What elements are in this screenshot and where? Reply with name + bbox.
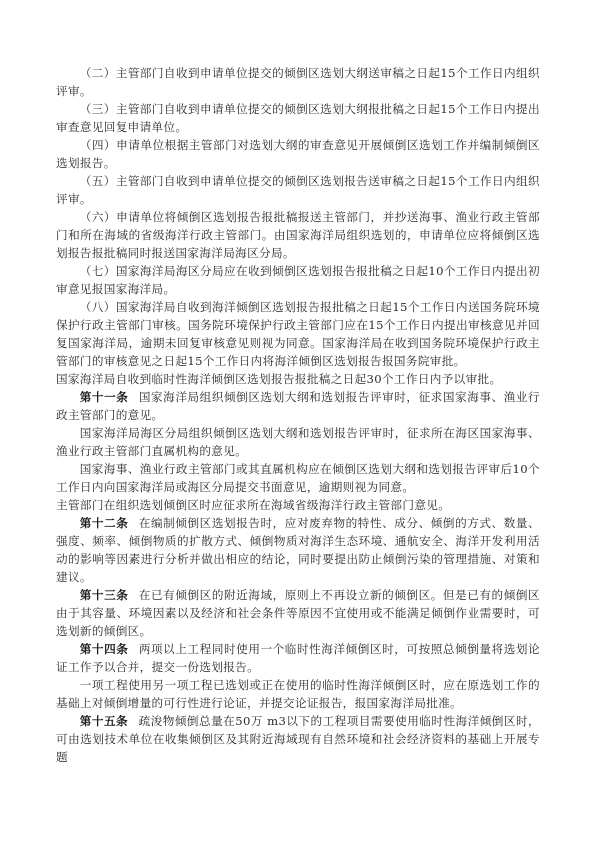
paragraph-temporary-approval: 国家海洋局自收到临时性海洋倾倒区选划报告报批稿之日起30个工作日内予以审批。 — [56, 370, 540, 388]
paragraph-4: （四）申请单位根据主管部门对选划大纲的审查意见开展倾倒区选划工作并编制倾倒区选划… — [56, 136, 540, 172]
article-15: 第十五条疏浚物倾倒总量在50万 m3以下的工程项目需要使用临时性海洋倾倒区时，可… — [56, 712, 540, 766]
article-11-para-4: 主管部门在组织选划倾倒区时应征求所在海域省级海洋行政主管部门意见。 — [56, 496, 540, 514]
article-14: 第十四条两项以上工程同时使用一个临时性海洋倾倒区时，可按照总倾倒量将选划论证工作… — [56, 640, 540, 676]
paragraph-2: （二）主管部门自收到申请单位提交的倾倒区选划大纲送审稿之日起15个工作日内组织评… — [56, 64, 540, 100]
paragraph-3: （三）主管部门自收到申请单位提交的倾倒区选划大纲报批稿之日起15个工作日内提出审… — [56, 100, 540, 136]
article-11-heading: 第十一条 — [80, 390, 129, 404]
article-14-para-2: 一项工程使用另一项工程已选划或正在使用的临时性海洋倾倒区时，应在原选划工作的基础… — [56, 676, 540, 712]
article-11: 第十一条国家海洋局组织倾倒区选划大纲和选划报告评审时，征求国家海事、渔业行政主管… — [56, 388, 540, 424]
article-13-heading: 第十三条 — [80, 588, 129, 602]
article-13: 第十三条在已有倾倒区的附近海域，原则上不再设立新的倾倒区。但是已有的倾倒区由于其… — [56, 586, 540, 640]
article-15-heading: 第十五条 — [80, 714, 128, 728]
paragraph-5: （五）主管部门自收到申请单位提交的倾倒区选划报告送审稿之日起15个工作日内组织评… — [56, 172, 540, 208]
paragraph-7: （七）国家海洋局海区分局应在收到倾倒区选划报告报批稿之日起10个工作日内提出初审… — [56, 262, 540, 298]
paragraph-8: （八）国家海洋局自收到海洋倾倒区选划报告报批稿之日起15个工作日内送国务院环境保… — [56, 298, 540, 370]
article-12: 第十二条在编制倾倒区选划报告时，应对废弃物的特性、成分、倾倒的方式、数量、强度、… — [56, 514, 540, 586]
article-11-para-2: 国家海洋局海区分局组织倾倒区选划大纲和选划报告评审时，征求所在海区国家海事、渔业… — [56, 424, 540, 460]
document-page: （二）主管部门自收到申请单位提交的倾倒区选划大纲送审稿之日起15个工作日内组织评… — [56, 64, 540, 766]
paragraph-6: （六）申请单位将倾倒区选划报告报批稿报送主管部门，并抄送海事、渔业行政主管部门和… — [56, 208, 540, 262]
article-14-heading: 第十四条 — [80, 642, 129, 656]
article-11-para-3: 国家海事、渔业行政主管部门或其直属机构应在倾倒区选划大纲和选划报告评审后10个工… — [56, 460, 540, 496]
article-12-heading: 第十二条 — [80, 516, 129, 530]
